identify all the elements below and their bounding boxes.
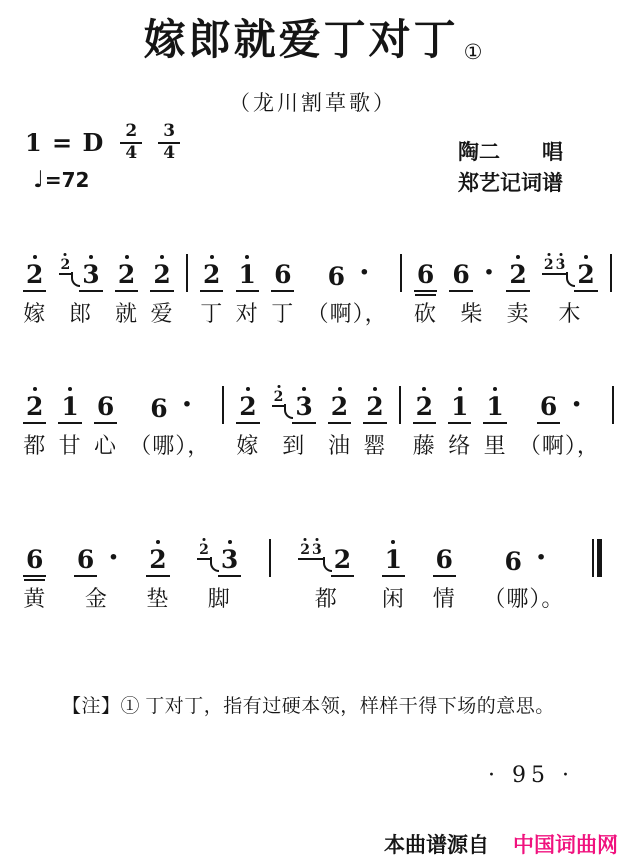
- note-cell: 6·（哪）。: [483, 529, 564, 612]
- singer-credit: 陶二 唱: [458, 137, 563, 168]
- barline: [222, 386, 224, 424]
- note-cell: 6·（哪），: [129, 376, 210, 459]
- title-text: 嫁郎就爱丁对丁: [144, 16, 459, 63]
- note: 6: [271, 262, 294, 292]
- key-signature: 1 = D 24 34: [25, 123, 180, 163]
- note: 1: [58, 394, 81, 424]
- barline: [400, 254, 402, 292]
- note-cell: 2垫: [146, 529, 169, 612]
- note-cell: 6黄: [23, 529, 46, 612]
- note-cell: 2罂: [363, 376, 386, 459]
- note-cell: 2嫁: [236, 376, 259, 459]
- note: 1: [382, 547, 405, 577]
- meter-denominator: 4: [158, 142, 180, 163]
- note: 2: [328, 394, 351, 424]
- augmentation-dot: ·: [525, 543, 546, 577]
- note-cell: 1对: [236, 244, 259, 327]
- lyric: 都: [315, 586, 338, 612]
- meter-numerator: 3: [158, 123, 180, 142]
- note-cell: 6心: [94, 376, 117, 459]
- note: 3: [79, 262, 102, 292]
- note-cell: 23脚: [197, 529, 241, 612]
- note-cell: 2藤: [413, 376, 436, 459]
- augmentation-dot: ·: [97, 543, 118, 577]
- time-signature-2-4: 24: [120, 123, 142, 163]
- time-signature-3-4: 34: [158, 123, 180, 163]
- grace-note: 2: [197, 543, 219, 560]
- lyric: 郎: [69, 301, 92, 327]
- note-cell: 1甘: [58, 376, 81, 459]
- grace-note: 23: [298, 543, 332, 560]
- note: 2: [200, 262, 223, 292]
- lyric: 都: [23, 433, 46, 459]
- barline: [610, 254, 612, 292]
- note-cell: 2爱: [150, 244, 173, 327]
- quarter-note-icon: ♩: [33, 167, 44, 193]
- footnote: 【注】① 丁对丁，指有过硬本领，样样干得下场的意思。: [62, 691, 555, 718]
- note-cell: 2都: [23, 376, 46, 459]
- note: 2: [150, 262, 173, 292]
- meter-numerator: 2: [120, 123, 142, 142]
- note-cell: 2嫁: [23, 244, 46, 327]
- lyric: 络: [448, 433, 471, 459]
- lyric: 心: [94, 433, 117, 459]
- grace-digit: 2: [543, 258, 555, 272]
- lyric: 木: [558, 301, 581, 327]
- note: 2: [236, 394, 259, 424]
- sheet-music-page: 嫁郎就爱丁对丁① （龙川割草歌） 1 = D 24 34 ♩=72 陶二 唱 郑…: [0, 0, 626, 863]
- lyric: （哪）。: [483, 586, 564, 612]
- lyric: 金: [85, 586, 108, 612]
- lyric: 甘: [59, 433, 82, 459]
- grace-note: 2: [272, 390, 294, 407]
- grace-note: 2: [59, 258, 81, 275]
- note-cell: 6情: [433, 529, 456, 612]
- note: 6: [74, 547, 97, 577]
- note: 1: [448, 394, 471, 424]
- note: 6: [414, 262, 437, 292]
- tempo-value: =72: [45, 168, 90, 192]
- barline-cell: [400, 244, 402, 327]
- note: 6: [433, 547, 456, 577]
- page-number: · 95 ·: [488, 763, 574, 788]
- note-cell: 6·（啊），: [307, 244, 388, 327]
- grace-digit: 2: [299, 543, 311, 557]
- barline: [399, 386, 401, 424]
- page-title: 嫁郎就爱丁对丁①: [0, 16, 626, 65]
- barline-cell: [592, 529, 602, 612]
- barline: [269, 539, 271, 577]
- augmentation-dot: ·: [473, 258, 494, 292]
- key-text: 1 = D: [25, 128, 104, 157]
- lyric: 垫: [146, 586, 169, 612]
- augmentation-dot: ·: [560, 390, 581, 424]
- music-line-2: 2都1甘6心6·（哪），2嫁23到2油2罂2藤1络1里6·（啊），: [23, 376, 614, 459]
- lyric: （啊），: [519, 433, 600, 459]
- lyric: 丁: [200, 301, 223, 327]
- lyric: 丁: [271, 301, 294, 327]
- note-cell: 6·金: [74, 529, 119, 612]
- lyric: 情: [433, 586, 456, 612]
- lyric: 嫁: [23, 301, 46, 327]
- note: 6: [325, 264, 348, 292]
- music-line-1: 2嫁23郎2就2爱2丁1对6丁6·（啊），6砍6·柴2卖232木: [23, 244, 612, 327]
- note-cell: 1闲: [382, 529, 405, 612]
- credits: 陶二 唱 郑艺记词谱: [458, 137, 563, 199]
- lyric: 嫁: [236, 433, 259, 459]
- note-cell: 6·柴: [449, 244, 494, 327]
- lyric: 就: [115, 301, 138, 327]
- note-cell: 232木: [542, 244, 598, 327]
- source-prefix: 本曲谱源自: [384, 834, 489, 857]
- note-cell: 2丁: [200, 244, 223, 327]
- note: 2: [506, 262, 529, 292]
- lyric: 柴: [460, 301, 483, 327]
- grace-note: 23: [542, 258, 576, 275]
- final-barline: [592, 539, 602, 577]
- lyric: 到: [282, 433, 305, 459]
- lyric: 藤: [413, 433, 436, 459]
- note: 2: [146, 547, 169, 577]
- grace-digit: 3: [311, 543, 323, 557]
- augmentation-dot: ·: [171, 390, 192, 424]
- transcriber-credit: 郑艺记词谱: [458, 168, 563, 199]
- note-cell: 6砍: [414, 244, 437, 327]
- grace-digit: 2: [273, 390, 285, 404]
- barline: [612, 386, 614, 424]
- note-cell: 2就: [115, 244, 138, 327]
- note: 2: [413, 394, 436, 424]
- note-cell: 1络: [448, 376, 471, 459]
- note-cell: 23郎: [59, 244, 103, 327]
- note: 2: [574, 262, 597, 292]
- lyric: 对: [236, 301, 259, 327]
- barline-cell: [612, 376, 614, 459]
- note: 2: [23, 262, 46, 292]
- barline: [186, 254, 188, 292]
- note: 2: [363, 394, 386, 424]
- augmentation-dot: ·: [348, 258, 369, 292]
- note: 3: [292, 394, 315, 424]
- grace-digit: 2: [60, 258, 72, 272]
- note: 1: [483, 394, 506, 424]
- note-cell: 232都: [298, 529, 354, 612]
- lyric: 卖: [507, 301, 530, 327]
- barline-cell: [610, 244, 612, 327]
- note-cell: 1里: [483, 376, 506, 459]
- note: 2: [23, 394, 46, 424]
- barline-cell: [269, 529, 271, 612]
- note-cell: 6·（啊），: [519, 376, 600, 459]
- meter-denominator: 4: [120, 142, 142, 163]
- grace-digit: 3: [555, 258, 567, 272]
- barline-cell: [186, 244, 188, 327]
- lyric: 脚: [208, 586, 231, 612]
- note: 6: [147, 396, 170, 424]
- lyric: 里: [484, 433, 507, 459]
- note-cell: 6丁: [271, 244, 294, 327]
- note: 6: [502, 549, 525, 577]
- note: 2: [115, 262, 138, 292]
- lyric: 黄: [23, 586, 46, 612]
- source-attribution: 本曲谱源自中国词曲网: [384, 829, 618, 859]
- note-cell: 2油: [328, 376, 351, 459]
- lyric: 爱: [151, 301, 174, 327]
- lyric: （哪），: [129, 433, 210, 459]
- barline-cell: [399, 376, 401, 459]
- barline-cell: [222, 376, 224, 459]
- note: 2: [331, 547, 354, 577]
- note: 6: [537, 394, 560, 424]
- note: 6: [94, 394, 117, 424]
- grace-digit: 2: [198, 543, 210, 557]
- note: 3: [218, 547, 241, 577]
- tempo-marking: ♩=72: [33, 167, 89, 193]
- lyric: （啊），: [307, 301, 388, 327]
- music-line-3: 6黄6·金2垫23脚232都1闲6情6·（哪）。: [23, 529, 602, 612]
- note: 1: [236, 262, 259, 292]
- footnote-marker-icon: ①: [464, 41, 483, 64]
- lyric: 油: [328, 433, 351, 459]
- lyric: 闲: [382, 586, 405, 612]
- lyric: 罂: [363, 433, 386, 459]
- source-site-name: 中国词曲网: [513, 834, 618, 857]
- lyric: 砍: [414, 301, 437, 327]
- note-cell: 2卖: [506, 244, 529, 327]
- note-cell: 23到: [272, 376, 316, 459]
- note: 6: [23, 547, 46, 577]
- note: 6: [449, 262, 472, 292]
- subtitle: （龙川割草歌）: [0, 87, 626, 117]
